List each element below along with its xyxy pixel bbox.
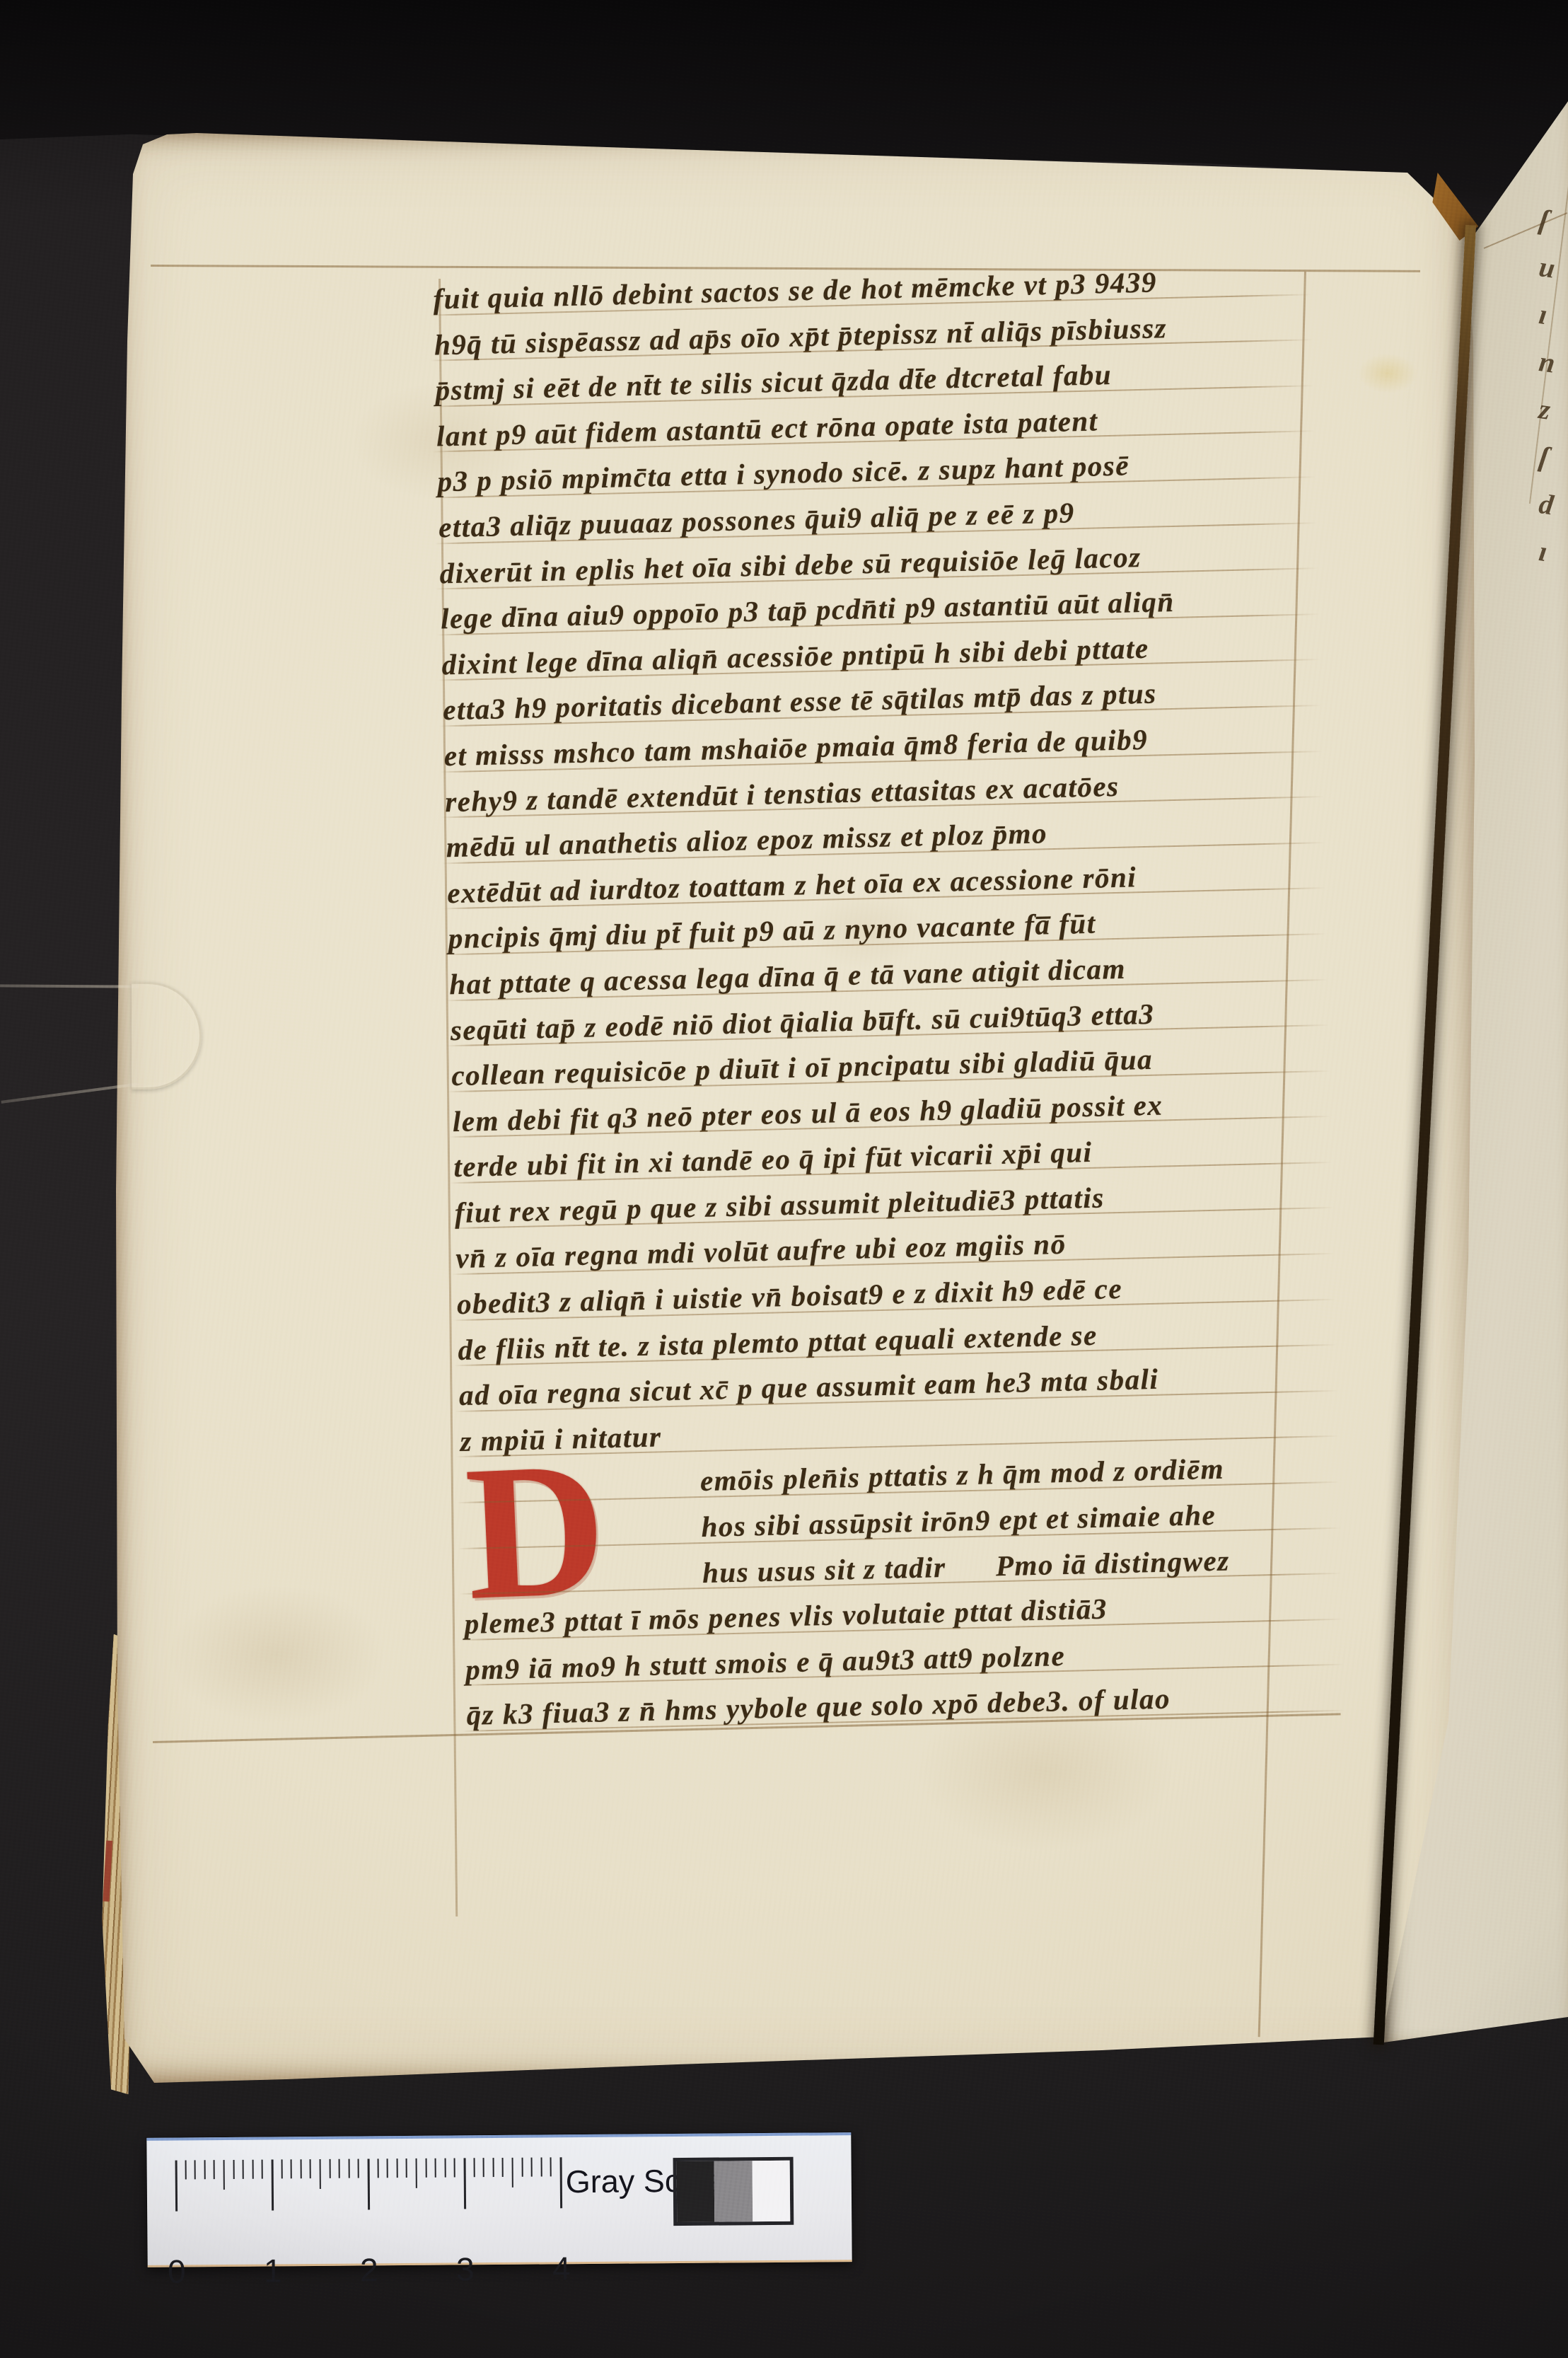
- grayscale-patch-white: [752, 2161, 790, 2221]
- manuscript-line-text: emōis plen̄is pttatis z h q̄m mod z ordi…: [699, 1452, 1224, 1497]
- ruler-tick: [483, 2158, 484, 2177]
- ruler-tick: [444, 2158, 446, 2178]
- ruler-tick: [281, 2159, 282, 2178]
- edge-text-fragment: z: [1538, 395, 1568, 429]
- ruler-tick: [435, 2158, 436, 2178]
- manuscript-line-text: etta3 aliq̄z puuaaz possones q̄ui9 aliq̄…: [439, 496, 1075, 543]
- ruler-tick: [320, 2159, 321, 2189]
- edge-text-fragment: d: [1538, 490, 1568, 524]
- ruler-tick: [310, 2159, 311, 2178]
- ruler-tick: [300, 2159, 301, 2178]
- ruler-tick: [416, 2158, 417, 2188]
- ruler-ticks: 01234: [175, 2157, 576, 2214]
- ruler-tick: [454, 2158, 455, 2177]
- manuscript-line-text: hus usus sit z tadir Pmo iā distingwez: [702, 1544, 1230, 1589]
- grayscale-patch-black: [677, 2161, 715, 2222]
- manuscript-page: D fuit quia nllō debint sactos se de hot…: [112, 129, 1484, 2085]
- manuscript-line-text: terde ubi fit in xi tandē eo q̄ ipi fūt …: [453, 1135, 1093, 1183]
- ruler-tick: [262, 2160, 263, 2179]
- ruler-tick: [272, 2160, 274, 2211]
- manuscript-line-text: mēdū ul anathetis alioz epoz missz et pl…: [446, 816, 1047, 863]
- ruler-tick: [223, 2160, 225, 2190]
- manuscript-line-text: q̄z k3 fiua3 z n̄ hms yybole que solo xp…: [466, 1682, 1171, 1731]
- ruler-tick: [406, 2158, 407, 2178]
- ruler-tick: [512, 2158, 513, 2187]
- edge-text-fragment: ı: [1538, 537, 1568, 571]
- ruler-tick: [291, 2159, 292, 2178]
- grayscale-patches: [673, 2157, 794, 2226]
- ruler-number: 1: [264, 2254, 282, 2287]
- ruler-tick: [550, 2157, 552, 2176]
- ruler-tick: [377, 2158, 378, 2178]
- ruler-tick: [175, 2161, 178, 2212]
- edge-text-fragment: ı: [1538, 300, 1568, 334]
- ruler-tick: [358, 2159, 359, 2178]
- ruler-tick: [233, 2160, 234, 2179]
- ruler-tick: [204, 2160, 205, 2179]
- edge-text-fragment: n: [1538, 347, 1568, 381]
- ruler-tick: [531, 2158, 533, 2177]
- ruler-tick: [252, 2160, 253, 2179]
- manuscript-line-text: fiut rex regū p que z sibi assumit pleit…: [454, 1181, 1105, 1229]
- manuscript-line-text: pm9 iā mo9 h stutt smois e q̄ au9t3 att9…: [465, 1639, 1066, 1686]
- edge-text-fragment: u: [1538, 253, 1568, 287]
- ruler-tick: [396, 2158, 397, 2178]
- ruler-tick: [214, 2160, 215, 2179]
- grayscale-patch-mid-gray: [714, 2161, 753, 2221]
- manuscript-line-text: lant p9 aūt fidem astantū ect rōna opate…: [436, 404, 1098, 452]
- text-block: D fuit quia nllō debint sactos se de hot…: [433, 255, 1387, 1755]
- facing-page-text-fragments: ſuınzſdı: [1539, 208, 1568, 568]
- ruler-tick: [387, 2158, 388, 2178]
- ruler-tick: [540, 2158, 542, 2177]
- manuscript-line-text: de fliis nt̄t te. z ista plemto pttat eq…: [458, 1318, 1098, 1365]
- ruler-number: 4: [552, 2252, 571, 2284]
- ruler-tick: [368, 2158, 371, 2209]
- ruler-number: 2: [360, 2253, 378, 2286]
- grayscale-ruler-card: 01234 Gray Scale: [146, 2132, 852, 2267]
- fore-edge-red-mark: [103, 1840, 112, 1901]
- ruler-tick: [329, 2159, 330, 2178]
- manuscript-line-text: vn̄ z oīa regna mdi volūt aufre ubi eoz …: [455, 1227, 1067, 1274]
- ruler-tick: [521, 2158, 523, 2177]
- ruler-tick: [243, 2160, 244, 2179]
- manuscript-line-text: pncipis q̄mj diu pt̄ fuit p9 aū z nyno v…: [448, 907, 1096, 955]
- ruler-tick: [464, 2158, 467, 2209]
- ruler-tick: [348, 2159, 349, 2178]
- ruler-tick: [185, 2160, 186, 2179]
- edge-text-fragment: ſ: [1538, 205, 1568, 239]
- edge-text-fragment: ſ: [1538, 442, 1568, 476]
- ruler-number: 0: [168, 2255, 186, 2287]
- ruler-tick: [339, 2159, 340, 2178]
- ruler-number: 3: [456, 2253, 475, 2285]
- ruler-tick: [194, 2160, 196, 2179]
- ruler-tick: [492, 2158, 494, 2177]
- ruler-tick: [560, 2157, 563, 2208]
- manuscript-line-text: hos sibi assūpsit irōn9 ept et simaie ah…: [701, 1498, 1216, 1543]
- ruler-tick: [502, 2158, 504, 2177]
- page-holder-clip-prong: [0, 984, 139, 988]
- ruler-tick: [473, 2158, 475, 2177]
- manuscript-photograph: ſuınzſdı D fuit quia nllō debint sactos …: [0, 0, 1568, 2358]
- ruler-tick: [425, 2158, 426, 2178]
- manuscript-line-text: pleme3 pttat ī mōs penes vlis volutaie p…: [464, 1593, 1108, 1640]
- manuscript-line-text: z mpiū i nitatur: [460, 1420, 662, 1457]
